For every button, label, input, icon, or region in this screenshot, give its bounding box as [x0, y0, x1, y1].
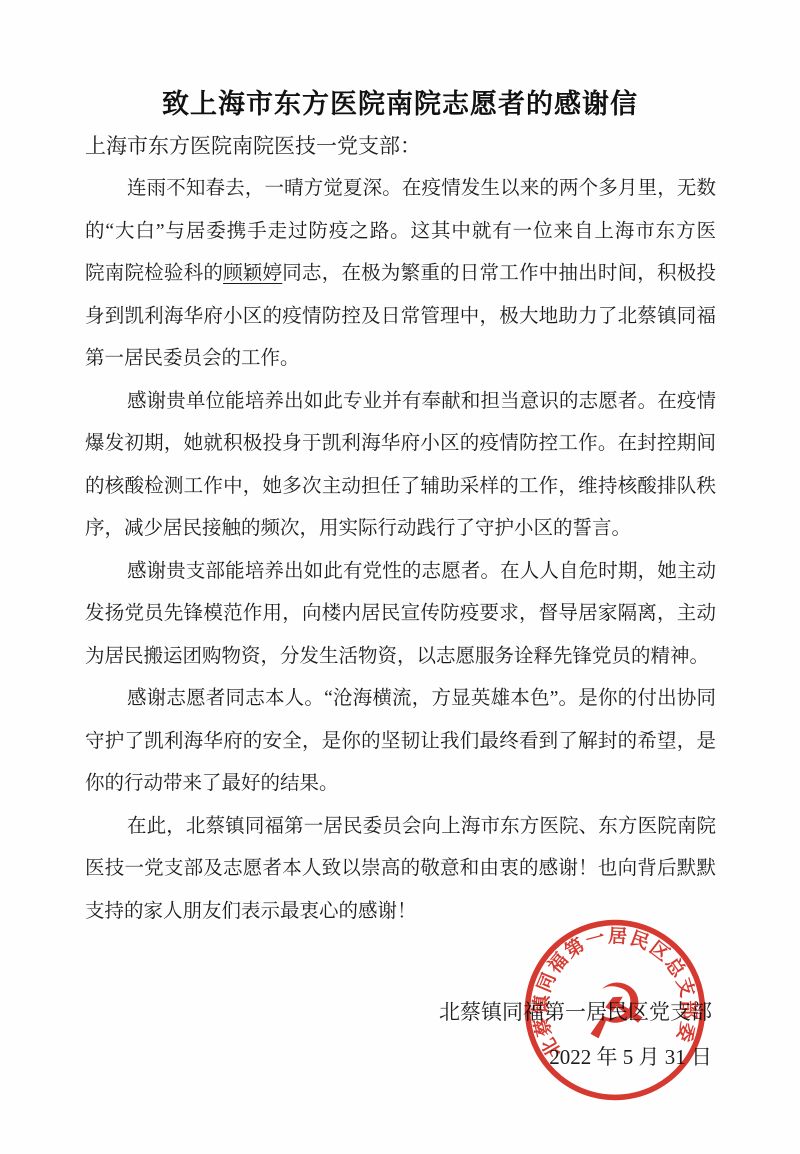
letter-title: 致上海市东方医院南院志愿者的感谢信 — [0, 82, 800, 121]
signature-date: 2022 年 5 月 31 日 — [439, 1035, 712, 1080]
volunteer-name: 顾颖婷 — [223, 263, 282, 284]
paragraph-1-line-3: 院南院检验科的顾颖婷同志，在极为繁重的日常工作中抽出时间，积极投 — [85, 253, 716, 296]
paragraph-4-line-1: 感谢志愿者同志本人。“沧海横流，方显英雄本色”。是你的付出协同 — [85, 678, 716, 721]
paragraph-2-line-4: 序，减少居民接触的频次，用实际行动践行了守护小区的誓言。 — [85, 508, 716, 551]
paragraph-5-line-2: 医技一党支部及志愿者本人致以崇高的敬意和由衷的感谢！也向背后默默 — [85, 848, 716, 891]
paragraph-5-line-1: 在此，北蔡镇同福第一居民委员会向上海市东方医院、东方医院南院 — [85, 806, 716, 849]
paragraph-1-line-2: 的“大白”与居委携手走过防疫之路。这其中就有一位来自上海市东方医 — [85, 211, 716, 254]
signature-org: 北蔡镇同福第一居民区党支部 — [439, 990, 712, 1035]
paragraph-2-line-2: 爆发初期，她就积极投身于凯利海华府小区的疫情防控工作。在封控期间 — [85, 423, 716, 466]
paragraph-2-line-3: 的核酸检测工作中，她多次主动担任了辅助采样的工作，维持核酸排队秩 — [85, 466, 716, 509]
paragraph-4-line-3: 你的行动带来了最好的结果。 — [85, 763, 716, 806]
paragraph-2-line-1: 感谢贵单位能培养出如此专业并有奉献和担当意识的志愿者。在疫情 — [85, 381, 716, 424]
paragraph-1-line-1: 连雨不知春去，一晴方觉夏深。在疫情发生以来的两个多月里，无数 — [85, 168, 716, 211]
paragraph-1-line-4: 身到凯利海华府小区的疫情防控及日常管理中，极大地助力了北蔡镇同福 — [85, 296, 716, 339]
line-3-suffix: 同志，在极为繁重的日常工作中抽出时间，积极投 — [282, 263, 716, 284]
letter-body: 连雨不知春去，一晴方觉夏深。在疫情发生以来的两个多月里，无数 的“大白”与居委携… — [85, 168, 716, 933]
letter-salutation: 上海市东方医院南院医技一党支部： — [85, 125, 725, 167]
letter-page: 致上海市东方医院南院志愿者的感谢信 上海市东方医院南院医技一党支部： 连雨不知春… — [0, 0, 800, 1154]
signature-block: 北蔡镇同福第一居民区党支部 2022 年 5 月 31 日 — [439, 990, 712, 1080]
paragraph-3-line-2: 发扬党员先锋模范作用，向楼内居民宣传防疫要求，督导居家隔离，主动 — [85, 593, 716, 636]
paragraph-1-line-5: 第一居民委员会的工作。 — [85, 338, 716, 381]
paragraph-3-line-3: 为居民搬运团购物资，分发生活物资，以志愿服务诠释先锋党员的精神。 — [85, 636, 716, 679]
paragraph-3-line-1: 感谢贵支部能培养出如此有党性的志愿者。在人人自危时期，她主动 — [85, 551, 716, 594]
line-3-prefix: 院南院检验科的 — [85, 263, 223, 284]
paragraph-4-line-2: 守护了凯利海华府的安全，是你的坚韧让我们最终看到了解封的希望，是 — [85, 721, 716, 764]
paragraph-5-line-3: 支持的家人朋友们表示最衷心的感谢！ — [85, 891, 716, 934]
